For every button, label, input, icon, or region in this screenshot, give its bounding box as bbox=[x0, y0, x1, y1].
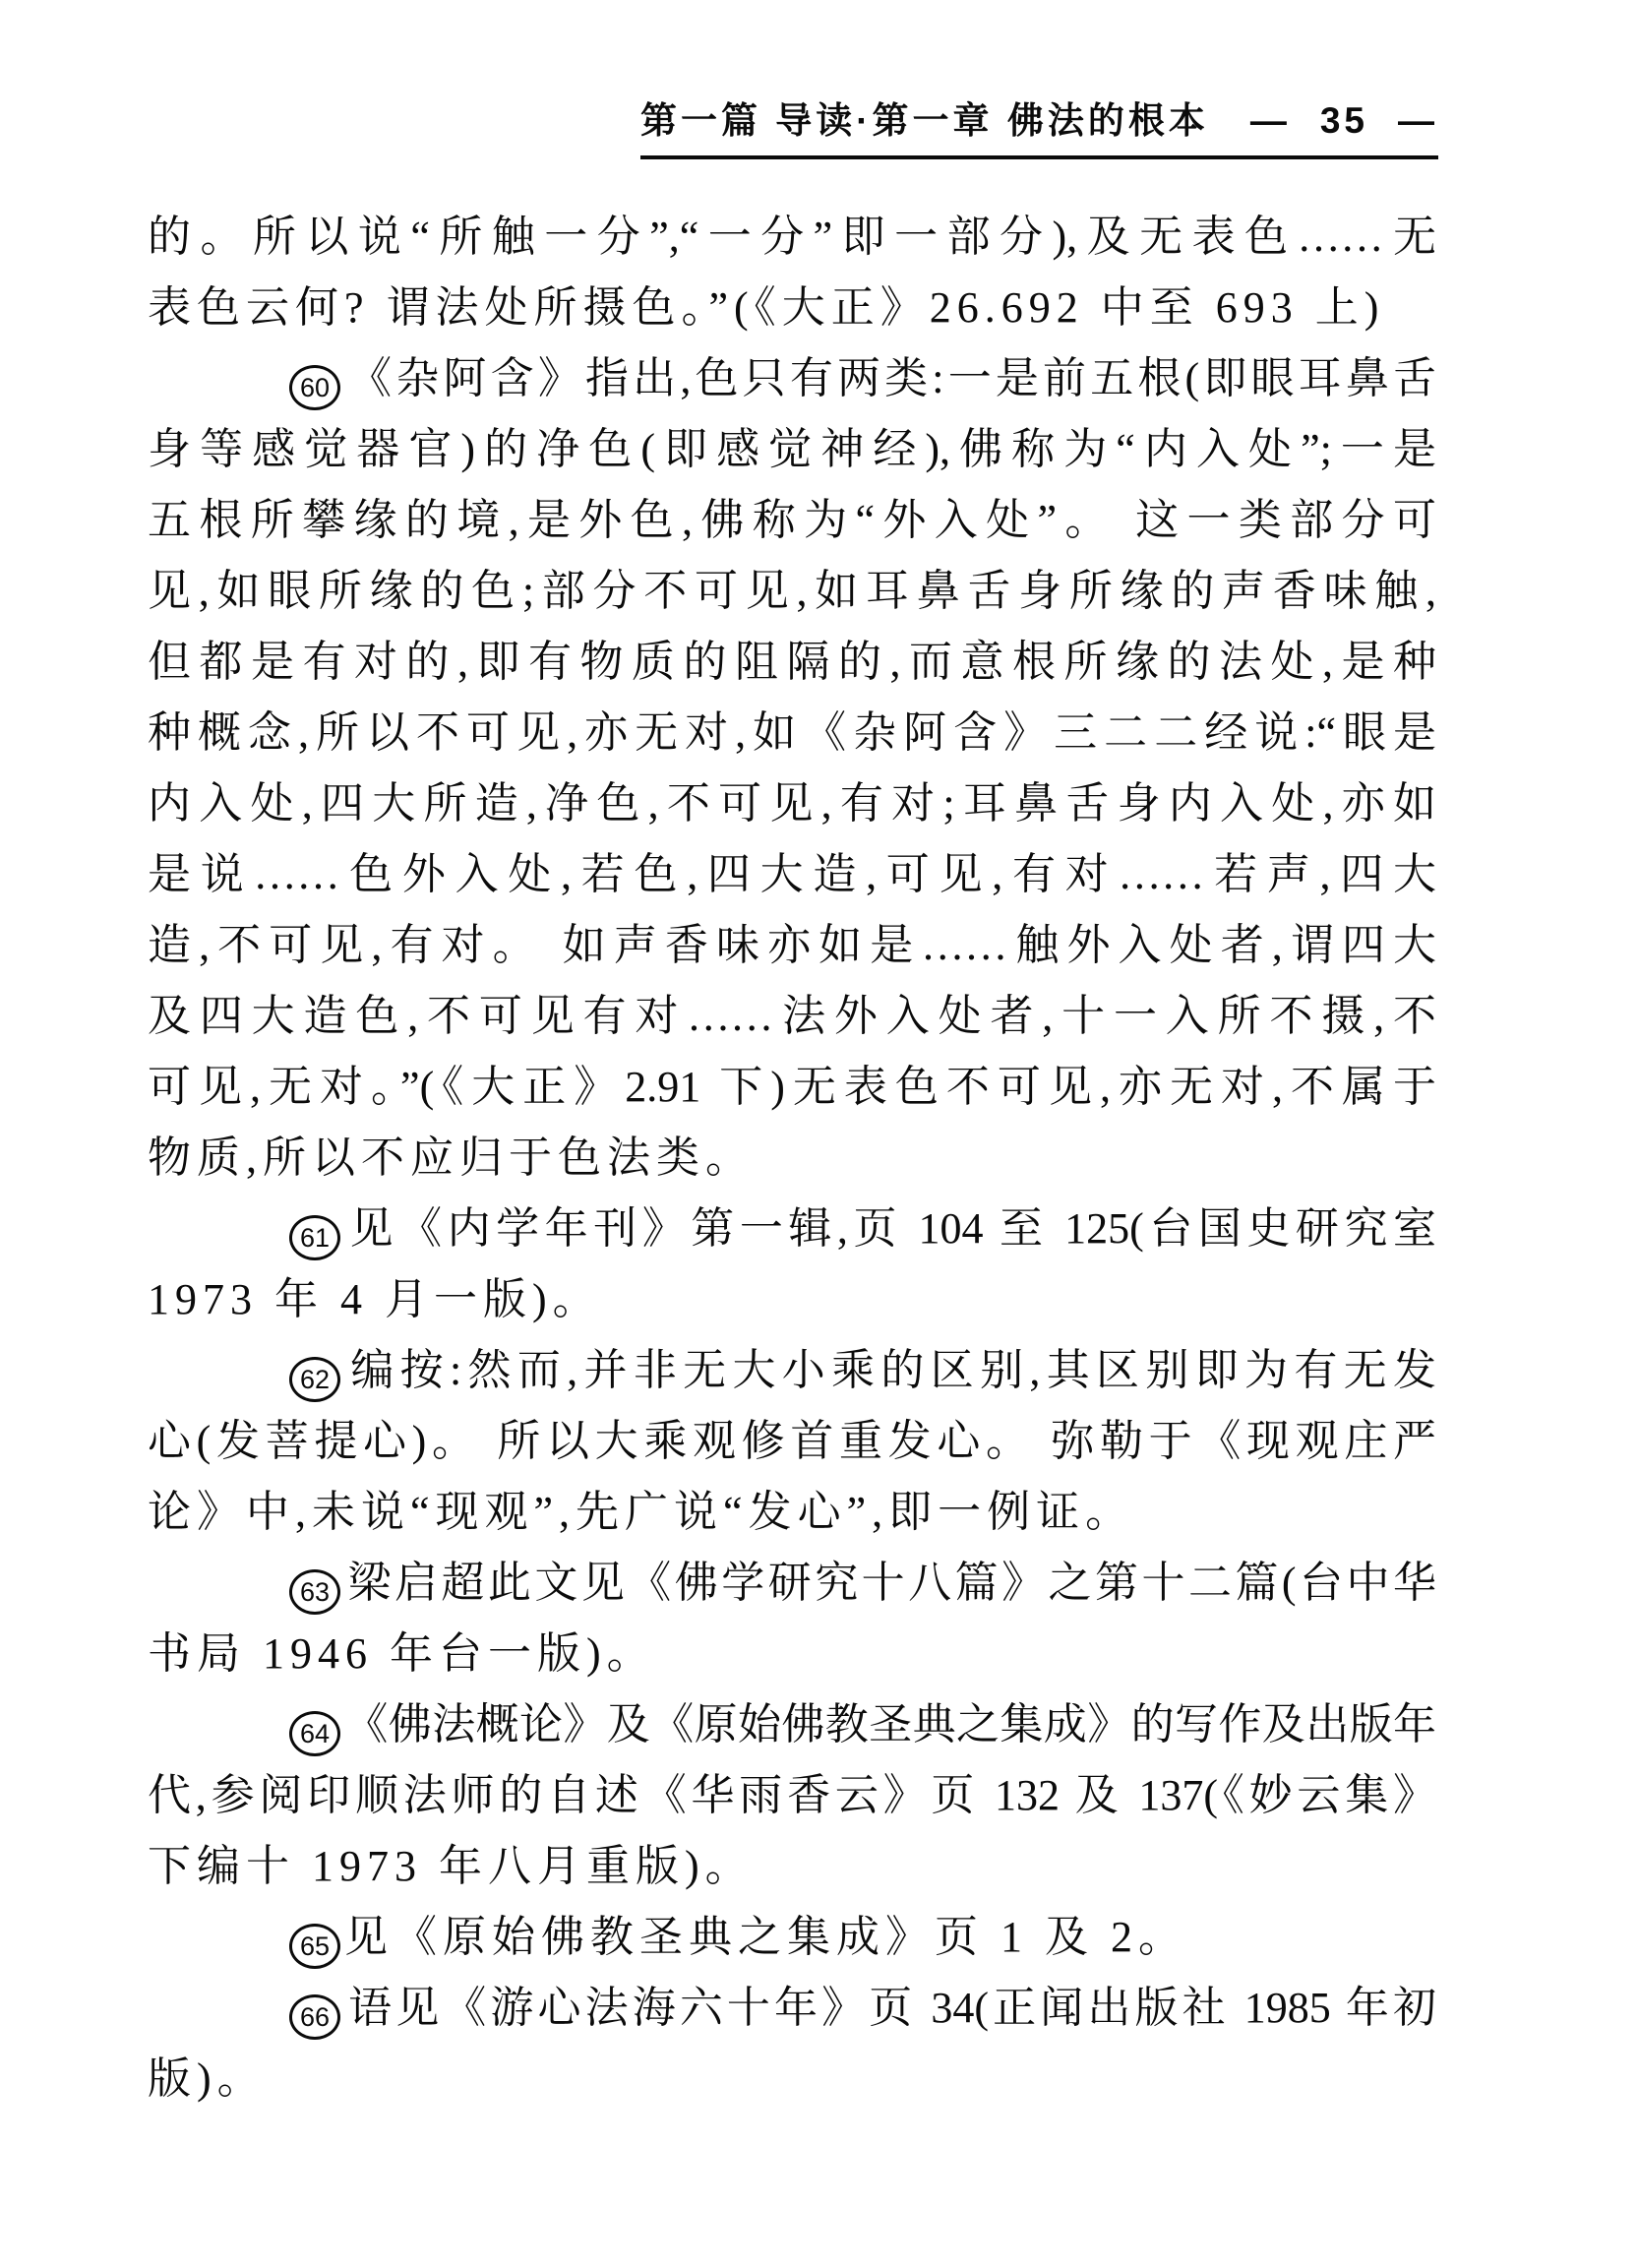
text-line: 版)。 bbox=[148, 2044, 1436, 2115]
text-line: 物质,所以不应归于色法类。 bbox=[148, 1123, 1436, 1194]
text-line: 66语见《游心法海六十年》页 34(正闻出版社 1985 年初 bbox=[148, 1973, 1436, 2044]
text-line: 1973 年 4 月一版)。 bbox=[148, 1264, 1436, 1335]
text-line: 是说……色外入处,若色,四大造,可见,有对……若声,四大 bbox=[148, 839, 1436, 910]
text-line: 60《杂阿含》指出,色只有两类:一是前五根(即眼耳鼻舌 bbox=[148, 343, 1436, 414]
footnote-number-badge: 64 bbox=[289, 1711, 340, 1756]
running-header: 第一篇 导读·第一章 佛法的根本—35— bbox=[640, 91, 1438, 159]
footnote-number-badge: 62 bbox=[289, 1357, 340, 1402]
text-line: 五根所攀缘的境,是外色,佛称为“外入处”。 这一类部分可 bbox=[148, 485, 1436, 556]
text-line: 种概念,所以不可见,亦无对,如《杂阿含》三二二经说:“眼是 bbox=[148, 698, 1436, 768]
text-line: 但都是有对的,即有物质的阻隔的,而意根所缘的法处,是种 bbox=[148, 627, 1436, 698]
text-line: 61见《内学年刊》第一辑,页 104 至 125(台国史研究室 bbox=[148, 1194, 1436, 1264]
text-line: 的。所以说“所触一分”,“一分”即一部分),及无表色……无 bbox=[148, 202, 1436, 273]
footnote-number-badge: 66 bbox=[289, 1994, 340, 2040]
page-number-dash-right: — bbox=[1398, 100, 1438, 141]
text-line: 身等感觉器官)的净色(即感觉神经),佛称为“内入处”;一是 bbox=[148, 414, 1436, 485]
text-line: 代,参阅印顺法师的自述《华雨香云》页 132 及 137(《妙云集》 bbox=[148, 1760, 1436, 1831]
chapter-title: 第一篇 导读·第一章 佛法的根本 bbox=[640, 100, 1209, 141]
page-body: 的。所以说“所触一分”,“一分”即一部分),及无表色……无表色云何? 谓法处所摄… bbox=[148, 202, 1436, 2115]
scanned-book-page: 第一篇 导读·第一章 佛法的根本—35— 的。所以说“所触一分”,“一分”即一部… bbox=[0, 0, 1637, 2268]
footnote-number-badge: 60 bbox=[289, 365, 340, 410]
footnote-number-badge: 61 bbox=[289, 1215, 340, 1260]
text-line: 可见,无对。”(《大正》2.91 下)无表色不可见,亦无对,不属于 bbox=[148, 1052, 1436, 1123]
text-line: 见,如眼所缘的色;部分不可见,如耳鼻舌身所缘的声香味触, bbox=[148, 556, 1436, 627]
text-line: 下编十 1973 年八月重版)。 bbox=[148, 1831, 1436, 1902]
footnote-number-badge: 65 bbox=[289, 1924, 340, 1969]
text-line: 及四大造色,不可见有对……法外入处者,十一入所不摄,不 bbox=[148, 981, 1436, 1052]
text-line: 62编按:然而,并非无大小乘的区别,其区别即为有无发 bbox=[148, 1335, 1436, 1406]
page-number-dash-left: — bbox=[1250, 100, 1291, 141]
text-line: 65见《原始佛教圣典之集成》页 1 及 2。 bbox=[148, 1902, 1436, 1973]
text-line: 64《佛法概论》及《原始佛教圣典之集成》的写作及出版年 bbox=[148, 1689, 1436, 1760]
text-line: 表色云何? 谓法处所摄色。”(《大正》26.692 中至 693 上) bbox=[148, 273, 1436, 343]
text-line: 心(发菩提心)。 所以大乘观修首重发心。 弥勒于《现观庄严 bbox=[148, 1406, 1436, 1477]
text-line: 论》中,未说“现观”,先广说“发心”,即一例证。 bbox=[148, 1477, 1436, 1548]
text-line: 内入处,四大所造,净色,不可见,有对;耳鼻舌身内入处,亦如 bbox=[148, 768, 1436, 839]
text-line: 63梁启超此文见《佛学研究十八篇》之第十二篇(台中华 bbox=[148, 1548, 1436, 1619]
page-number: 35 bbox=[1320, 100, 1368, 141]
footnote-number-badge: 63 bbox=[289, 1569, 340, 1615]
text-line: 书局 1946 年台一版)。 bbox=[148, 1619, 1436, 1689]
text-line: 造,不可见,有对。 如声香味亦如是……触外入处者,谓四大 bbox=[148, 910, 1436, 981]
